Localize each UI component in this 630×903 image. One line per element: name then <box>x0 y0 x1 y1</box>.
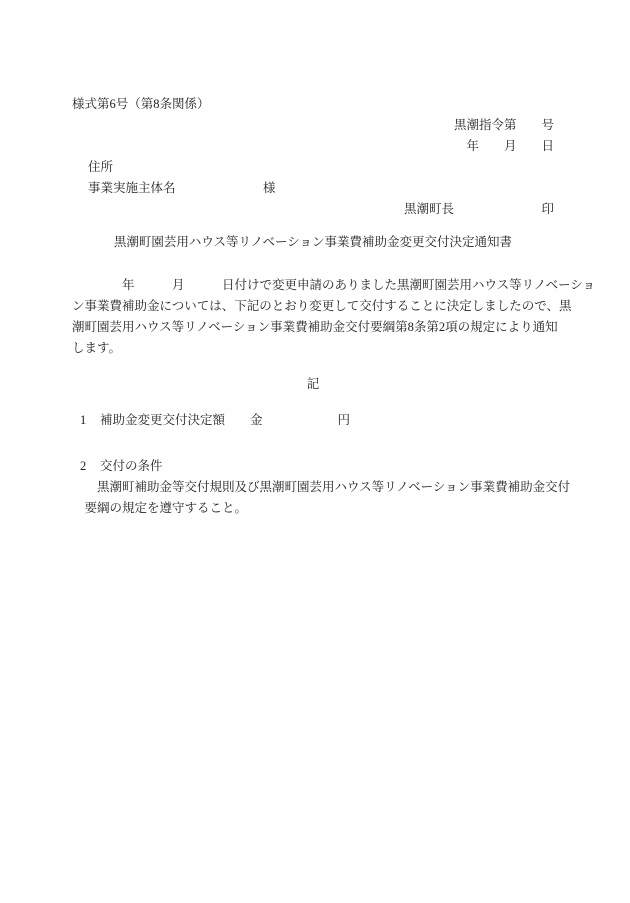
item-2-heading: 2交付の条件 <box>72 456 554 477</box>
item-2-number: 2 <box>80 456 100 477</box>
body-line: します。 <box>72 338 554 359</box>
body-paragraph: 年 月 日付けで変更申請のありました黒潮町園芸用ハウス等リノベーショ ン事業費補… <box>72 275 554 359</box>
item-1-text: 補助金変更交付決定額 金 円 <box>100 413 350 427</box>
form-number: 様式第6号（第8条関係） <box>72 94 554 115</box>
directive-number-line: 黒潮指令第 号 <box>72 115 554 136</box>
entity-name-line: 事業実施主体名 様 <box>72 178 554 199</box>
document-page: 様式第6号（第8条関係） 黒潮指令第 号 年 月 日 住所 事業実施主体名 様 … <box>0 0 630 903</box>
body-line: ン事業費補助金については、下記のとおり変更して交付することに決定しましたので、黒 <box>72 296 554 317</box>
date-line: 年 月 日 <box>72 136 554 157</box>
item-1-number: 1 <box>80 410 100 431</box>
body-line: 潮町園芸用ハウス等リノベーション事業費補助金交付要綱第8条第2項の規定により通知 <box>72 317 554 338</box>
record-marker: 記 <box>72 374 554 395</box>
body-line: 年 月 日付けで変更申請のありました黒潮町園芸用ハウス等リノベーショ <box>72 275 554 296</box>
item-2-sub-line-2: 要綱の規定を遵守すること。 <box>72 498 554 519</box>
item-2-sub-line-1: 黒潮町補助金等交付規則及び黒潮町園芸用ハウス等リノベーション事業費補助金交付 <box>72 477 554 498</box>
document-title: 黒潮町園芸用ハウス等リノベーション事業費補助金変更交付決定通知書 <box>72 232 554 253</box>
address-label: 住所 <box>72 157 554 178</box>
item-2-label: 交付の条件 <box>100 459 163 473</box>
item-1-line: 1補助金変更交付決定額 金 円 <box>72 410 554 431</box>
mayor-signature-line: 黒潮町長 印 <box>72 199 554 220</box>
